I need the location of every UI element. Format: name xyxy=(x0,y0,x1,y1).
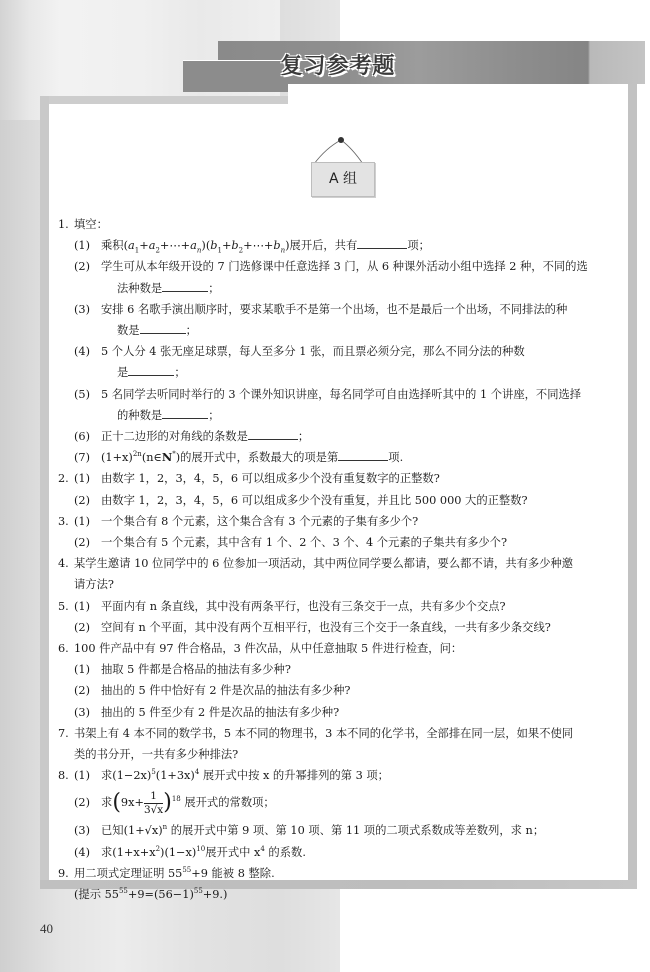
sub-number: (3) xyxy=(74,299,101,320)
sub-text: 的展开式中第 9 项、第 10 项、第 11 项的二项式系数成等差数列，求 n； xyxy=(167,824,544,837)
sub-text: 学生可从本年级开设的 7 门选修课中任意选择 3 门，从 6 种课外活动小组中选… xyxy=(101,260,588,273)
sub-question: (2)学生可从本年级开设的 7 门选修课中任意选择 3 门，从 6 种课外活动小… xyxy=(58,256,624,298)
sub-text: 5 个人分 4 张无座足球票，每人至多分 1 张，而且票必须分完，那么不同分法的… xyxy=(101,345,525,358)
sub-question: (7)(1+x)2n(n∈N*)的展开式中，系数最大的项是第项. xyxy=(58,447,624,468)
paper-top-area xyxy=(288,84,628,104)
expr: 求(1+x+x xyxy=(101,846,156,859)
question-stem: 填空： xyxy=(58,214,624,235)
sub-number: (3) xyxy=(74,820,101,841)
sub-number: (1) xyxy=(74,511,101,532)
frame-left-border xyxy=(40,96,49,886)
sub-text: )的展开式中，系数最大的项是第 xyxy=(176,451,339,464)
sub-text: 一个集合有 5 个元素，其中含有 1 个、2 个、3 个、4 个元素的子集共有多… xyxy=(101,536,507,549)
left-paren: ( xyxy=(112,790,121,815)
sub-text: 展开式的常数项； xyxy=(181,796,275,809)
sub-number: (2) xyxy=(74,617,101,638)
sub-number: (1) xyxy=(74,596,101,617)
sub-question: (1)乘积(a1+a2+⋯+an)(b1+b2+⋯+bn)展开后，共有项； xyxy=(58,235,624,256)
exponent: 55 xyxy=(182,866,191,874)
question-text: 某学生邀请 10 位同学中的 6 位参加一项活动，其中两位同学要么都请，要么都不… xyxy=(58,553,624,574)
answer-blank[interactable] xyxy=(128,363,174,376)
sub-text-end: 项； xyxy=(407,239,430,252)
sub-question: (6)正十二边形的对角线的条数是； xyxy=(58,426,624,447)
expr: 求 xyxy=(101,796,112,809)
hint-text-end: +9.) xyxy=(203,888,228,901)
fraction-denominator: 3√x xyxy=(144,804,163,817)
exponent: 10 xyxy=(196,845,205,853)
question-4: 4. 某学生邀请 10 位同学中的 6 位参加一项活动，其中两位同学要么都请，要… xyxy=(58,553,624,595)
expr: )(1−x) xyxy=(160,846,196,859)
sub-number: (5) xyxy=(74,384,101,405)
sub-text: 正十二边形的对角线的条数是 xyxy=(101,430,248,443)
sub-text: 一个集合有 8 个元素，这个集合含有 3 个元素的子集有多少个? xyxy=(101,515,418,528)
sub-number: (1) xyxy=(74,468,101,489)
hint: (提示 5555+9=(56−1)55+9.) xyxy=(58,884,624,905)
question-text-cont: 类的书分开，一共有多少种排法? xyxy=(58,744,624,765)
question-text: 用二项式定理证明 55 xyxy=(74,867,182,880)
question-1: 1. 填空： (1)乘积(a1+a2+⋯+an)(b1+b2+⋯+bn)展开后，… xyxy=(58,214,624,468)
question-number: 4. xyxy=(58,553,69,574)
exponent: 18 xyxy=(172,796,181,804)
sub-text: 展开式中按 x 的升幂排列的第 3 项； xyxy=(199,769,389,782)
sub-number: (2) xyxy=(74,256,101,277)
question-number: 5. xyxy=(58,596,69,617)
sub-text-end: ； xyxy=(186,324,197,337)
sub-text: 安排 6 名歌手演出顺序时，要求某歌手不是第一个出场，也不是最后一个出场，不同排… xyxy=(101,303,567,316)
question-9: 9. 用二项式定理证明 5555+9 能被 8 整除. (提示 5555+9=(… xyxy=(58,863,624,905)
question-number: 2. xyxy=(58,468,69,489)
exponent: 55 xyxy=(194,887,203,895)
question-text-cont: 请方法? xyxy=(58,574,624,595)
expr: (1+3x) xyxy=(156,769,195,782)
expr: 求(1−2x) xyxy=(101,769,151,782)
sub-number: (1) xyxy=(74,765,101,786)
exponent: 55 xyxy=(119,887,128,895)
page-background-bottom-right xyxy=(345,900,650,972)
fraction: 13√x xyxy=(144,790,163,817)
group-label-sign: A 组 xyxy=(311,162,375,197)
question-8: 8. (1)求(1−2x)5(1+3x)4 展开式中按 x 的升幂排列的第 3 … xyxy=(58,765,624,863)
right-paren: ) xyxy=(163,790,172,815)
sub-text: 空间有 n 个平面，其中没有两个互相平行，也没有三个交于一条直线，一共有多少条交… xyxy=(101,621,551,634)
sub-text: 5 名同学去听同时举行的 3 个课外知识讲座，每名同学可自由选择听其中的 1 个… xyxy=(101,388,581,401)
frame-right-border xyxy=(628,84,637,889)
sub-text: 抽出的 5 件至少有 2 件是次品的抽法有多少种? xyxy=(101,706,339,719)
sub-text-end: ； xyxy=(298,430,309,443)
sub-text-cont: 数是 xyxy=(117,324,140,337)
question-5: 5. (1)平面内有 n 条直线，其中没有两条平行，也没有三条交于一点，共有多少… xyxy=(58,596,624,638)
question-7: 7. 书架上有 4 本不同的数学书，5 本不同的物理书，3 本不同的化学书，全部… xyxy=(58,723,624,765)
sub-number: (4) xyxy=(74,341,101,362)
answer-blank[interactable] xyxy=(248,427,298,440)
sub-question: (3)安排 6 名歌手演出顺序时，要求某歌手不是第一个出场，也不是最后一个出场，… xyxy=(58,299,624,341)
answer-blank[interactable] xyxy=(338,448,388,461)
sub-number: (1) xyxy=(74,659,101,680)
question-number: 6. xyxy=(58,638,69,659)
sub-text-cont: 是 xyxy=(117,366,128,379)
sub-text-cont: 法种数是 xyxy=(117,282,162,295)
sub-number: (2) xyxy=(74,786,101,820)
sub-number: (3) xyxy=(74,702,101,723)
question-6: 6. 100 件产品中有 97 件合格品，3 件次品，从中任意抽取 5 件进行检… xyxy=(58,638,624,723)
sub-number: (2) xyxy=(74,490,101,511)
expr: (1+x) xyxy=(101,451,133,464)
sub-text: 抽出的 5 件中恰好有 2 件是次品的抽法有多少种? xyxy=(101,684,350,697)
question-number: 8. xyxy=(58,765,69,786)
hint-text: +9=(56−1) xyxy=(128,888,194,901)
sub-text: 由数字 1，2，3，4，5，6 可以组成多少个没有重复，并且比 500 000 … xyxy=(101,494,528,507)
question-3: 3. (1)一个集合有 8 个元素，这个集合含有 3 个元素的子集有多少个? (… xyxy=(58,511,624,553)
question-number: 1. xyxy=(58,214,69,235)
question-2: 2. (1)由数字 1，2，3，4，5，6 可以组成多少个没有重复数字的正整数?… xyxy=(58,468,624,510)
sub-text: 由数字 1，2，3，4，5，6 可以组成多少个没有重复数字的正整数? xyxy=(101,472,440,485)
question-text-end: +9 能被 8 整除. xyxy=(191,867,274,880)
question-number: 3. xyxy=(58,511,69,532)
sub-text-end: 的系数. xyxy=(265,846,306,859)
answer-blank[interactable] xyxy=(140,321,186,334)
sub-text-end: ； xyxy=(208,282,219,295)
sub-text: 平面内有 n 条直线，其中没有两条平行，也没有三条交于一点，共有多少个交点? xyxy=(101,600,506,613)
sub-text: 展开式中 x xyxy=(205,846,260,859)
frame-top-border xyxy=(40,96,288,104)
sub-number: (1) xyxy=(74,235,101,256)
answer-blank[interactable] xyxy=(357,236,407,249)
sub-text-end: ； xyxy=(174,366,185,379)
section-title: 复习参考题 xyxy=(268,52,408,82)
expr: 9x+ xyxy=(121,796,144,809)
sub-text-end: 项. xyxy=(388,451,403,464)
sub-number: (6) xyxy=(74,426,101,447)
sub-number: (4) xyxy=(74,842,101,863)
answer-blank[interactable] xyxy=(162,279,208,292)
expr: (n∈ xyxy=(142,451,162,464)
sub-text-cont: 的种数是 xyxy=(117,409,162,422)
fraction-numerator: 1 xyxy=(144,790,163,804)
question-text: 书架上有 4 本不同的数学书，5 本不同的物理书，3 本不同的化学书，全部排在同… xyxy=(58,723,624,744)
question-number: 9. xyxy=(58,863,69,884)
sub-text: 乘积(a1+a2+⋯+an)(b1+b2+⋯+bn)展开后，共有 xyxy=(101,239,357,252)
sub-question: (4)5 个人分 4 张无座足球票，每人至多分 1 张，而且票必须分完，那么不同… xyxy=(58,341,624,383)
exercise-list: 1. 填空： (1)乘积(a1+a2+⋯+an)(b1+b2+⋯+bn)展开后，… xyxy=(58,214,624,905)
sub-text: 抽取 5 件都是合格品的抽法有多少种? xyxy=(101,663,291,676)
page-number: 40 xyxy=(40,921,53,937)
exponent: 2n xyxy=(133,450,142,458)
question-number: 7. xyxy=(58,723,69,744)
expr: 已知(1+√x) xyxy=(101,824,163,837)
sub-number: (2) xyxy=(74,680,101,701)
sub-question: (5)5 名同学去听同时举行的 3 个课外知识讲座，每名同学可自由选择听其中的 … xyxy=(58,384,624,426)
sub-text-end: ； xyxy=(208,409,219,422)
question-stem: 100 件产品中有 97 件合格品，3 件次品，从中任意抽取 5 件进行检查，问… xyxy=(58,638,624,659)
sub-number: (2) xyxy=(74,532,101,553)
sub-number: (7) xyxy=(74,447,101,468)
hint-text: (提示 55 xyxy=(74,888,119,901)
answer-blank[interactable] xyxy=(162,406,208,419)
set-symbol: N xyxy=(162,450,172,464)
